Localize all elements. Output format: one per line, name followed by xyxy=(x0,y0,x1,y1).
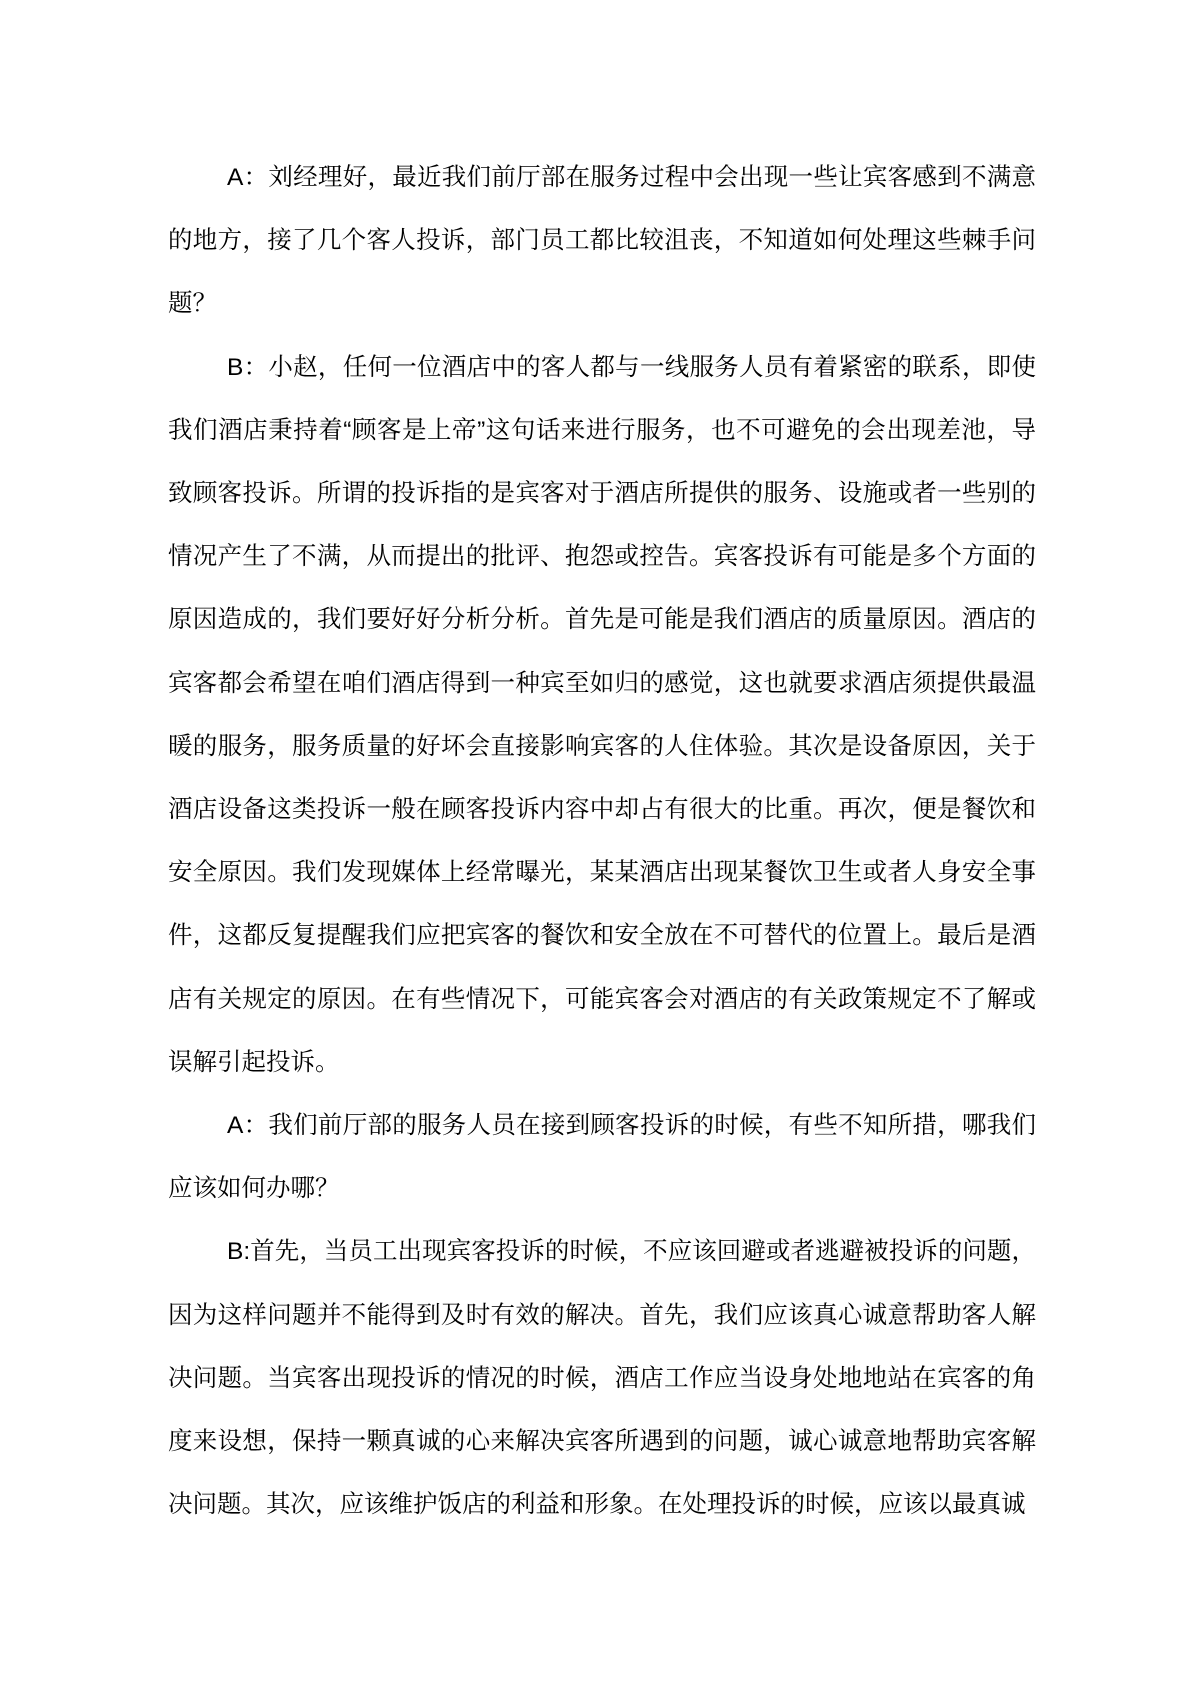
document-body: A：刘经理好，最近我们前厅部在服务过程中会出现一些让宾客感到不满意的地方，接了几… xyxy=(168,146,1036,1536)
paragraph: A：我们前厅部的服务人员在接到顾客投诉的时候，有些不知所措，哪我们应该如何办哪？ xyxy=(168,1094,1036,1220)
document-page: A：刘经理好，最近我们前厅部在服务过程中会出现一些让宾客感到不满意的地方，接了几… xyxy=(0,0,1190,1683)
paragraph: A：刘经理好，最近我们前厅部在服务过程中会出现一些让宾客感到不满意的地方，接了几… xyxy=(168,146,1036,336)
paragraph: B:首先，当员工出现宾客投诉的时候，不应该回避或者逃避被投诉的问题，因为这样问题… xyxy=(168,1220,1036,1536)
paragraph: B：小赵，任何一位酒店中的客人都与一线服务人员有着紧密的联系，即使我们酒店秉持着… xyxy=(168,336,1036,1094)
